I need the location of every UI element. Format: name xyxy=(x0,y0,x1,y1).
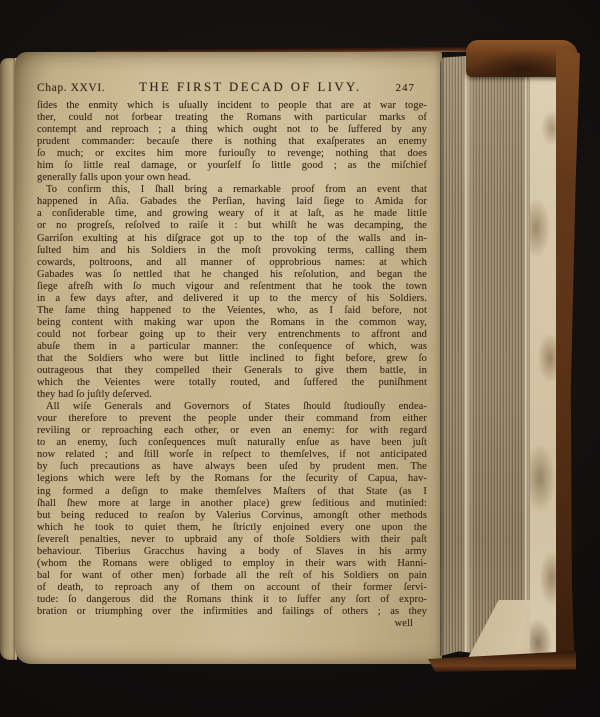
text-line: Gabades was ſo nettled that he changed h… xyxy=(37,269,427,281)
text-line: bal for want of other men) forbade all t… xyxy=(37,570,427,582)
text-line: a conſiderable time, and growing weary o… xyxy=(37,208,427,220)
book-photo: Chap. XXVI. THE FIRST DECAD OF LIVY. 247… xyxy=(0,0,600,717)
text-line: now related ; and ſtill worſe in reſpect… xyxy=(37,449,427,461)
catchword: well xyxy=(37,618,427,630)
text-line: ſo much; or excites him more furiouſly t… xyxy=(37,148,427,160)
text-line: ſevereſt penalties, never to upbraid any… xyxy=(37,534,427,546)
chapter-label: Chap. XXVI. xyxy=(37,82,105,94)
text-line: but being reduced to reaſon by Valerius … xyxy=(37,510,427,522)
text-line: bration or triumphing over the infirmiti… xyxy=(37,606,427,618)
text-line: To confirm this, I ſhall bring a remarka… xyxy=(37,184,427,196)
text-lines: ſides the enmity which is uſually incide… xyxy=(37,100,427,630)
text-line: they had ſo juſtly deſerved. xyxy=(37,389,427,401)
text-line: happened in Aſia. Gabades the Perſian, h… xyxy=(37,196,427,208)
text-line: tude: ſo dangerous did the Romans think … xyxy=(37,594,427,606)
text-line: legions which were left by the Romans fo… xyxy=(37,473,427,485)
text-line: to an enemy, ſuch conſequences muſt natu… xyxy=(37,437,427,449)
text-line: which he took to quiet them, he ſtrictly… xyxy=(37,522,427,534)
text-line: ing formed a deſign to make themſelves M… xyxy=(37,486,427,498)
text-line: which the Veientes were totally routed, … xyxy=(37,377,427,389)
text-line: by ſuch precautions as have always been … xyxy=(37,461,427,473)
running-title: THE FIRST DECAD OF LIVY. xyxy=(111,80,389,95)
text-line: him ſo little real damage, or yourſelf ſ… xyxy=(37,160,427,172)
text-line: being content with making war upon the R… xyxy=(37,317,427,329)
text-line: cowards, poltroons, and all manner of op… xyxy=(37,257,427,269)
text-line: could not forbear going up to their very… xyxy=(37,329,427,341)
text-line: All wiſe Generals and Governors of State… xyxy=(37,401,427,413)
fore-edge-pages xyxy=(440,56,532,658)
text-line: of death, to reproach any of them on acc… xyxy=(37,582,427,594)
text-line: or no progreſs, reſolved to raiſe it : b… xyxy=(37,220,427,232)
page-number: 247 xyxy=(396,82,428,94)
text-line: generally falls upon your own head. xyxy=(37,172,427,184)
text-line: contempt and reproach ; a thing which ou… xyxy=(37,124,427,136)
text-line: ſiege afreſh with ſo much vigour and reſ… xyxy=(37,281,427,293)
text-line: prudent commander: becauſe there is noth… xyxy=(37,136,427,148)
page-content: Chap. XXVI. THE FIRST DECAD OF LIVY. 247… xyxy=(37,80,427,630)
text-line: outrageous that they compelled their Gen… xyxy=(37,365,427,377)
text-line: ſides the enmity which is uſually incide… xyxy=(37,100,427,112)
flyleaf-edge xyxy=(530,58,558,658)
text-line: ſhall ſhew more at large in another plac… xyxy=(37,498,427,510)
text-line: abuſe them in a particular manner: the c… xyxy=(37,341,427,353)
text-line: The ſame thing happened to the Veientes,… xyxy=(37,305,427,317)
text-line: in a few days after, and delivered it up… xyxy=(37,293,427,305)
text-line: reviling or reproaching each other, or e… xyxy=(37,425,427,437)
text-line: behaviour. Tiberius Gracchus having a bo… xyxy=(37,546,427,558)
text-line: ther, could not forbear treating the Rom… xyxy=(37,112,427,124)
text-line: ſulted him and his Soldiers in the moſt … xyxy=(37,245,427,257)
page-header: Chap. XXVI. THE FIRST DECAD OF LIVY. 247 xyxy=(37,80,427,95)
text-line: Garriſon exulting at his diſgrace got up… xyxy=(37,233,427,245)
text-line: vour therefore to prevent the people und… xyxy=(37,413,427,425)
text-line: (whom the Romans were obliged to employ … xyxy=(37,558,427,570)
book-page: Chap. XXVI. THE FIRST DECAD OF LIVY. 247… xyxy=(15,52,442,664)
leather-cover-side xyxy=(556,44,580,668)
text-line: that the Soldiers who were but little in… xyxy=(37,353,427,365)
